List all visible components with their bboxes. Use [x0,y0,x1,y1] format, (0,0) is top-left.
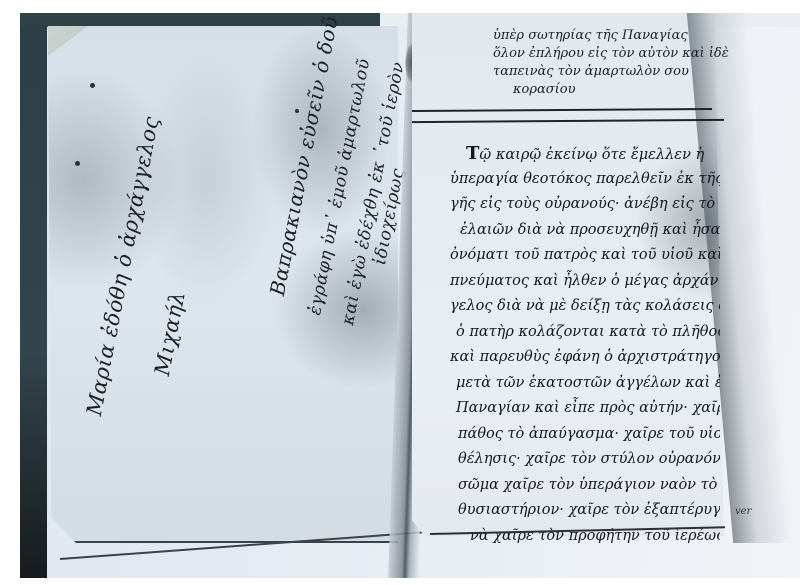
header-line: ὑπὲρ σωτηρίας τῆς Παναγίας [485,27,729,45]
body-line: σῶμα χαῖρε τὸν ὑπεράγιον ναὸν τὸ [450,473,720,499]
ink-speck [75,161,80,166]
body-line: ὁ πατὴρ κολάζονται κατὰ τὸ πλῆθος εἰς τὸ… [450,320,720,346]
header-line: ὅλον ἐπλήρου εἰς τὸν αὐτὸν καὶ ἰδὲ [485,45,729,63]
initial-letter: Τ [466,143,479,164]
right-page-body: Τῷ καιρῷ ἐκείνῳ ὅτε ἔμελλεν ἡ ὑπεραγία θ… [450,141,720,549]
right-page-header: ὑπὲρ σωτηρίας τῆς Παναγίας ὅλον ἐπλήρου … [485,27,729,99]
body-line: πνεύματος καὶ ἦλθεν ὁ μέγας ἀρχάν [450,269,720,295]
body-line: καὶ παρευθὺς ἐφάνη ὁ ἀρχιστράτηγος Μιχαὴ… [450,345,720,371]
body-line: πάθος τὸ ἀπαύγασμα· χαῖρε τοῦ υἱοῦ ἡ κα [450,422,720,448]
body-line: γῆς εἰς τοὺς οὐρανούς· ἀνέβη εἰς τὸ ὄρος… [450,192,720,218]
header-line: ταπεινὰς τὸν ἁμαρτωλὸν σου [485,63,729,81]
body-line: θέλησις· χαῖρε τὸν στύλον οὐρανόν· τὸ ζη… [450,447,720,473]
body-line: ὑπεραγία θεοτόκος παρελθεῖν ἐκ τῆς γῆς ἀ… [450,167,720,193]
ink-speck [90,83,95,88]
dark-background-surface [20,13,47,578]
body-line: ἐλαιῶν διὰ νὰ προσευχηθῇ καὶ ἦσαν ἐν [450,218,720,244]
ink-speck [295,109,299,113]
body-line: μετὰ τῶν ἑκατοστῶν ἀγγέλων καὶ ἐχαιρέτησ… [450,371,720,397]
body-line: γελος διὰ νὰ μὲ δείξῃ τὰς κολάσεις ὅπου [450,294,720,320]
header-line: κορασίου [485,81,729,99]
body-line: θυσιαστήριον· χαῖρε τὸν ἐξαπτέρυγον ὅτε [450,498,720,524]
catchword: ver [735,506,751,517]
body-line: Τῷ καιρῷ ἐκείνῳ ὅτε ἔμελλεν ἡ [450,141,720,167]
body-line: ὀνόματι τοῦ πατρὸς καὶ τοῦ υἱοῦ καὶ τοῦ … [450,243,720,269]
body-line: Παναγίαν καὶ εἶπε πρὸς αὐτήν· χαῖρε τὸ [450,396,720,422]
manuscript-photo: Μαρία ἐδόθη ὁ ἀρχάγγελος Μιχαήλ Βαπρακια… [20,13,800,578]
